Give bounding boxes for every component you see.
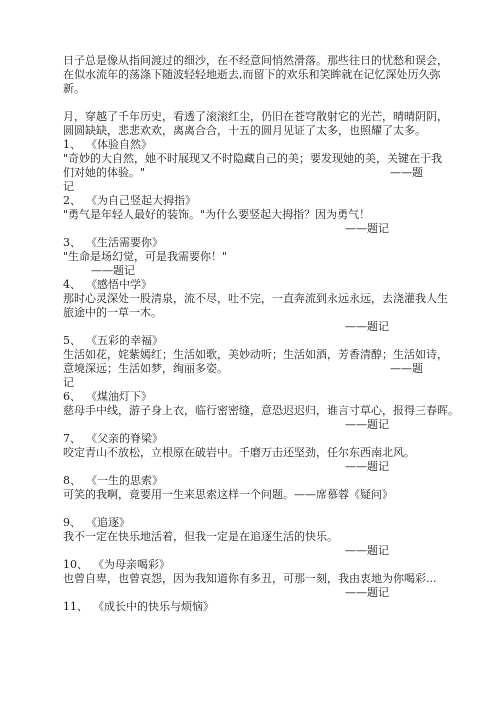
item-4-body-line-2: 旅途中的一草一木。 <box>63 306 465 320</box>
item-3-title: 《生活需要你》 <box>86 236 163 249</box>
item-8-title: 《一生的思索》 <box>86 474 163 487</box>
item-1-number: 1、 <box>63 138 81 152</box>
item-9-title: 《追逐》 <box>86 516 130 529</box>
item-7-title: 《父亲的脊梁》 <box>86 432 163 445</box>
item-2-title-line: 2、《为自己竖起大拇指》 <box>63 194 465 208</box>
item-10-title-line: 10、《为母亲喝彩》 <box>63 558 465 572</box>
item-2-title: 《为自己竖起大拇指》 <box>86 194 196 207</box>
item-11-number: 11、 <box>63 600 88 614</box>
item-6-number: 6、 <box>63 390 81 404</box>
item-5-body-line-2: 意境深远；生活如梦，绚丽多姿。 ——题 <box>63 362 465 376</box>
item-10-title: 《为母亲喝彩》 <box>93 558 170 571</box>
item-6-body-line-1: 慈母手中线，游子身上衣，临行密密缝，意恐迟迟归，谁言寸草心，报得三春晖。 <box>63 404 465 418</box>
item-9-number: 9、 <box>63 516 81 530</box>
item-6-epigraph: ——题记 <box>63 418 465 432</box>
item-1-body-line-2-text: 们对她的体验。" <box>63 166 145 179</box>
item-3-number: 3、 <box>63 236 81 250</box>
paragraph-spacer <box>63 96 465 110</box>
item-11-title: 《成长中的快乐与烦恼》 <box>93 600 214 613</box>
item-4-number: 4、 <box>63 278 81 292</box>
item-5-title-line: 5、《五彩的幸福》 <box>63 334 465 348</box>
item-3-title-line: 3、《生活需要你》 <box>63 236 465 250</box>
item-10-epigraph: ——题记 <box>63 586 465 600</box>
item-5-title: 《五彩的幸福》 <box>86 334 163 347</box>
item-9-epigraph: ——题记 <box>63 544 465 558</box>
item-2-epigraph: ——题记 <box>63 222 465 236</box>
item-1-body-line-2: 们对她的体验。" ——题 <box>63 166 465 180</box>
item-1-epigraph-tail: ——题 <box>390 166 423 180</box>
item-4-body-line-1: 那时心灵深处一股清泉，流不尽，吐不完，一直奔流到永远永远，去浇灌我人生 <box>63 292 465 306</box>
item-8-body-line-1: 可笑的我啊，竟要用一生来思索这样一个问题。——席慕蓉《疑问》 <box>63 488 465 502</box>
item-10-number: 10、 <box>63 558 88 572</box>
item-7-title-line: 7、《父亲的脊梁》 <box>63 432 465 446</box>
item-1-body-line-1: "奇妙的大自然，她不时展现又不时隐藏自己的美；要发现她的美，关键在于我 <box>63 152 465 166</box>
item-4-epigraph: ——题记 <box>63 320 465 334</box>
item-2-body-line-1: "勇气是年轻人最好的装饰。"为什么要竖起大拇指？因为勇气！ <box>63 208 465 222</box>
intro-paragraph-2-line-1: 月，穿越了千年历史，看透了滚滚红尘，仍旧在苍穹散射它的光芒，晴晴阴阴， <box>63 110 465 124</box>
document-content: 日子总是像从指间渡过的细沙，在不经意间悄然滑落。那些往日的忧愁和误会， 在似水流… <box>63 54 465 614</box>
item-5-body-line-2-text: 意境深远；生活如梦，绚丽多姿。 <box>63 362 228 375</box>
item-1-title: 《体验自然》 <box>86 138 152 151</box>
item-5-epigraph-overflow: 记 <box>63 376 465 390</box>
item-8-title-line: 8、《一生的思索》 <box>63 474 465 488</box>
item-7-number: 7、 <box>63 432 81 446</box>
item-4-title-line: 4、《感悟中学》 <box>63 278 465 292</box>
intro-paragraph-1-line-3: 新。 <box>63 82 465 96</box>
item-4-title: 《感悟中学》 <box>86 278 152 291</box>
item-7-body-line-1: 咬定青山不放松，立根原在破岩中。千磨万击还坚劲，任尔东西南北风。 <box>63 446 465 460</box>
intro-paragraph-1-line-2: 在似水流年的荡涤下随波轻轻地逝去,而留下的欢乐和笑眸就在记忆深处历久弥 <box>63 68 465 82</box>
item-9-title-line: 9、《追逐》 <box>63 516 465 530</box>
intro-paragraph-1-line-1: 日子总是像从指间渡过的细沙，在不经意间悄然滑落。那些往日的忧愁和误会， <box>63 54 465 68</box>
item-5-number: 5、 <box>63 334 81 348</box>
item-2-number: 2、 <box>63 194 81 208</box>
document-page: 日子总是像从指间渡过的细沙，在不经意间悄然滑落。那些往日的忧愁和误会， 在似水流… <box>0 0 496 702</box>
item-5-epigraph-tail: ——题 <box>390 362 423 376</box>
item-8-number: 8、 <box>63 474 81 488</box>
item-11-title-line: 11、《成长中的快乐与烦恼》 <box>63 600 465 614</box>
item-6-title: 《煤油灯下》 <box>86 390 152 403</box>
item-9-body-line-1: 我不一定在快乐地活着，但我一定是在追逐生活的快乐。 <box>63 530 465 544</box>
item-3-body-line-1: "生命是场幻觉，可是我需要你！" <box>63 250 465 264</box>
item-10-body-line-1: 也曾自卑，也曾哀怨，因为我知道你有多丑，可那一刻，我由衷地为你喝彩... <box>63 572 465 586</box>
paragraph-spacer <box>63 502 465 516</box>
item-6-title-line: 6、《煤油灯下》 <box>63 390 465 404</box>
intro-paragraph-2-line-2: 圆圆缺缺，悲悲欢欢，离离合合，十五的圆月见证了太多，也照耀了太多。 <box>63 124 465 138</box>
item-1-title-line: 1、《体验自然》 <box>63 138 465 152</box>
item-5-body-line-1: 生活如花，姹紫嫣红；生活如歌，美妙动听；生活如酒，芳香清醇；生活如诗， <box>63 348 465 362</box>
item-1-epigraph-overflow: 记 <box>63 180 465 194</box>
item-7-epigraph: ——题记 <box>63 460 465 474</box>
item-3-epigraph: ——题记 <box>63 264 465 278</box>
